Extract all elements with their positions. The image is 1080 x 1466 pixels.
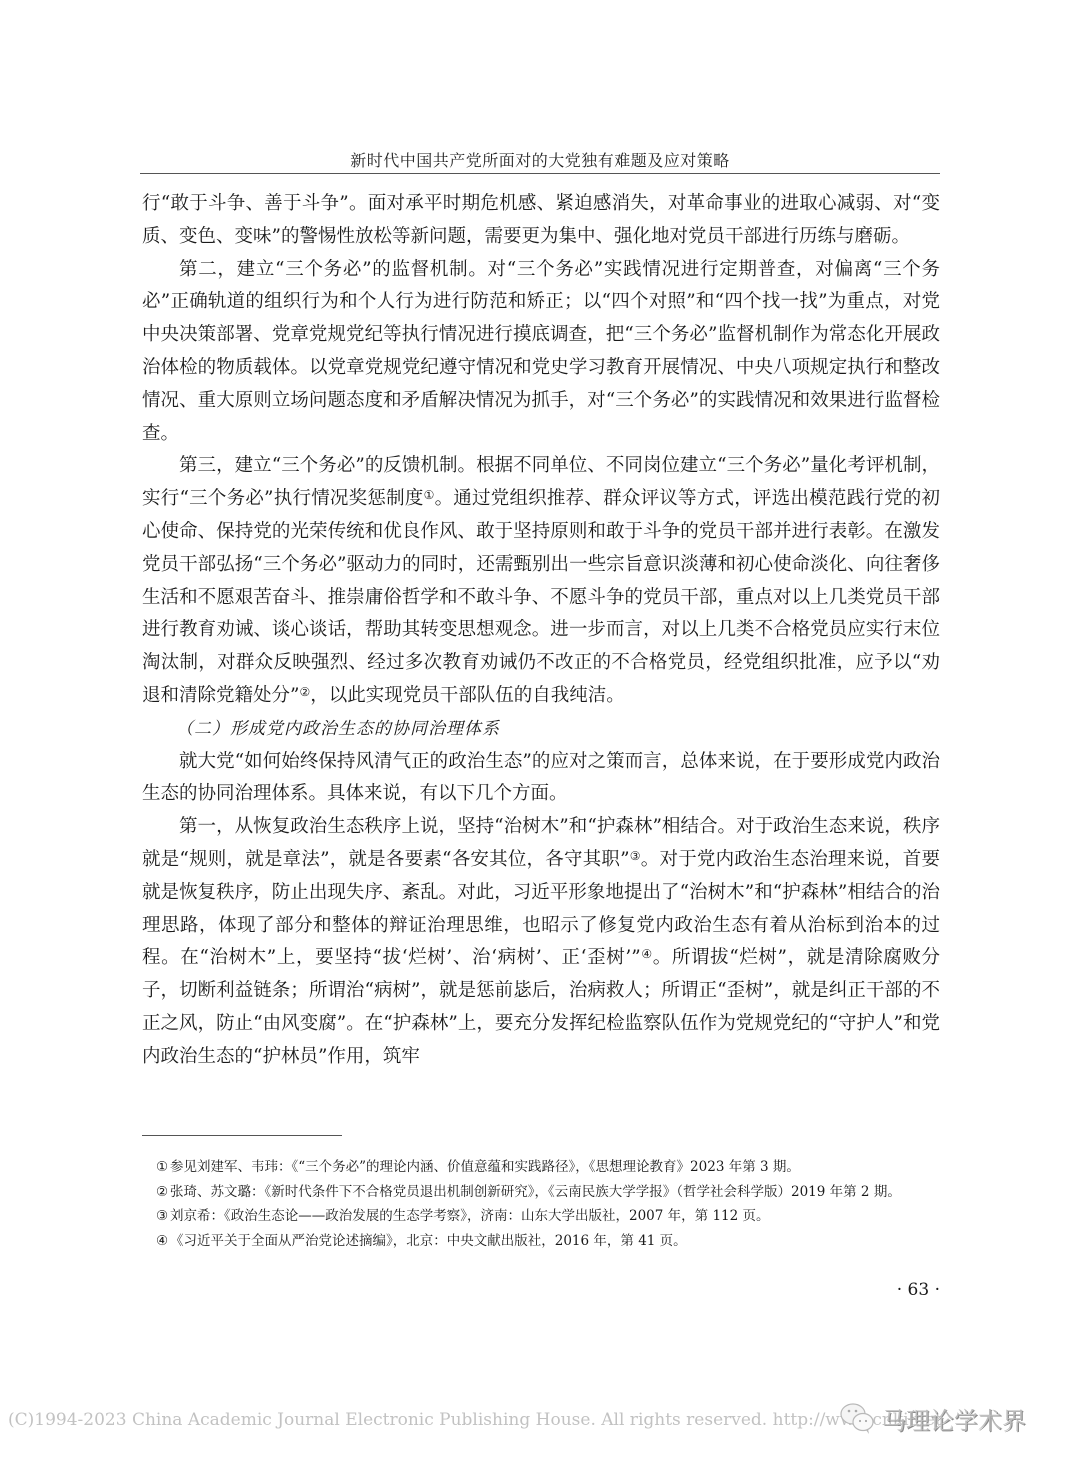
footnote-text: 参见刘建军、韦玮：《“三个务必”的理论内涵、价值意蕴和实践路径》，《思想理论教育… [170, 1159, 800, 1175]
footnote-ref-4[interactable]: ④ [641, 947, 653, 961]
paragraph-feedback-mechanism: 第三，建立“三个务必”的反馈机制。根据不同单位、不同岗位建立“三个务必”量化考评… [142, 450, 940, 712]
paragraph-restore-order: 第一，从恢复政治生态秩序上说，坚持“治树木”和“护森林”相结合。对于政治生态来说… [142, 811, 940, 1073]
paragraph-intro-governance: 就大党“如何始终保持风清气正的政治生态”的应对之策而言，总体来说，在于要形成党内… [142, 746, 940, 812]
footnote-1: ①参见刘建军、韦玮：《“三个务必”的理论内涵、价值意蕴和实践路径》，《思想理论教… [142, 1155, 940, 1180]
footnotes: ①参见刘建军、韦玮：《“三个务必”的理论内涵、价值意蕴和实践路径》，《思想理论教… [142, 1155, 940, 1253]
paragraph-text: 。通过党组织推荐、群众评议等方式，评选出模范践行党的初心使命、保持党的光荣传统和… [142, 488, 940, 706]
copyright-notice: (C)1994-2023 China Academic Journal Elec… [8, 1410, 942, 1430]
paragraph-text: ，以此实现党员干部队伍的自我纯洁。 [310, 685, 625, 706]
footnote-text: 张琦、苏文璐：《新时代条件下不合格党员退出机制创新研究》，《云南民族大学学报》（… [170, 1184, 901, 1200]
wechat-icon [838, 1400, 878, 1436]
footnote-text: 《习近平关于全面从严治党论述摘编》，北京：中央文献出版社，2016 年，第 41… [170, 1233, 687, 1249]
footnote-2: ②张琦、苏文璐：《新时代条件下不合格党员退出机制创新研究》，《云南民族大学学报》… [142, 1180, 940, 1205]
header-rule [140, 173, 940, 174]
footnote-ref-1[interactable]: ① [424, 488, 435, 502]
paragraph-supervision-mechanism: 第二，建立“三个务必”的监督机制。对“三个务必”实践情况进行定期普查，对偏离“三… [142, 254, 940, 451]
footnote-text: 刘京希：《政治生态论——政治发展的生态学考察》，济南：山东大学出版社，2007 … [170, 1208, 770, 1224]
running-head-title: 新时代中国共产党所面对的大党独有难题及应对策略 [140, 148, 940, 171]
page-number: · 63 · [897, 1280, 940, 1300]
footnote-4: ④《习近平关于全面从严治党论述摘编》，北京：中央文献出版社，2016 年，第 4… [142, 1229, 940, 1254]
footnote-rule [142, 1135, 342, 1136]
watermark: 马理论学术界 [838, 1400, 1026, 1436]
section-subheading: （二）形成党内政治生态的协同治理体系 [142, 713, 940, 746]
footnote-ref-3[interactable]: ③ [630, 849, 641, 863]
paragraph-continuation: 行“敢于斗争、善于斗争”。面对承平时期危机感、紧迫感消失，对革命事业的进取心减弱… [142, 188, 940, 254]
footnote-ref-2[interactable]: ② [299, 685, 310, 699]
watermark-label: 马理论学术界 [882, 1401, 1026, 1436]
footnote-3: ③刘京希：《政治生态论——政治发展的生态学考察》，济南：山东大学出版社，2007… [142, 1204, 940, 1229]
body-text: 行“敢于斗争、善于斗争”。面对承平时期危机感、紧迫感消失，对革命事业的进取心减弱… [142, 188, 940, 1074]
